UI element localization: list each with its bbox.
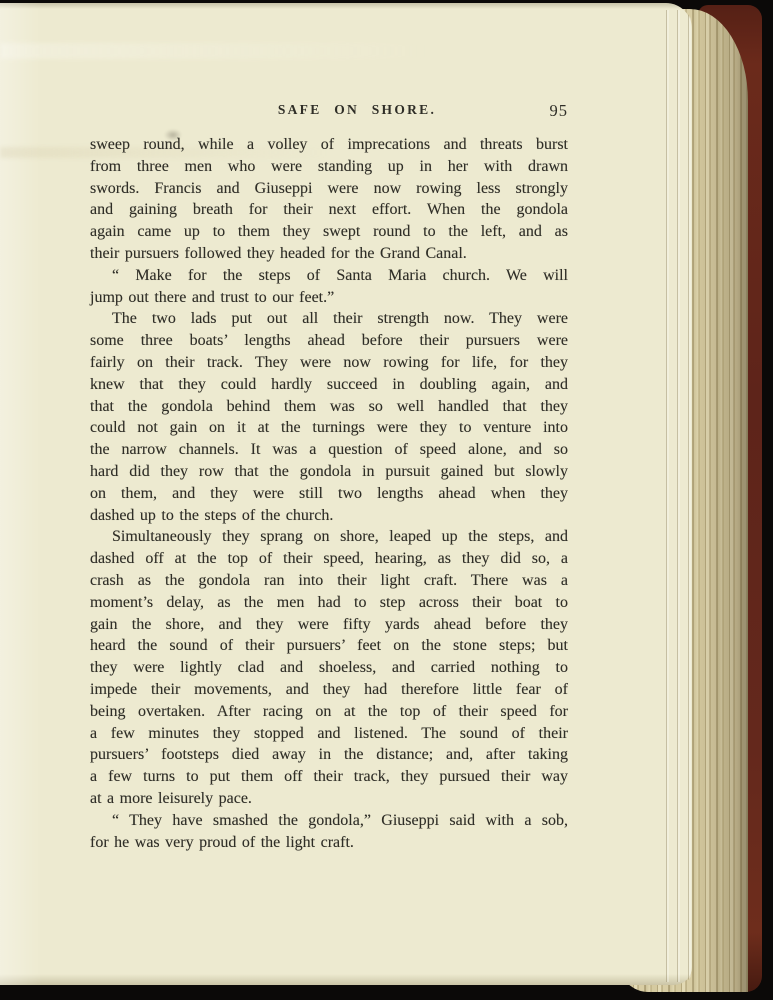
text-line: could not gain on it at the turnings wer… [90,417,568,439]
text-line: “ Make for the steps of Santa Maria chur… [90,265,568,287]
text-line: fairly on their track. They were now row… [90,352,568,374]
text-line: pursuers’ footsteps died away in the dis… [90,744,568,766]
text-line: moment’s delay, as the men had to step a… [90,592,568,614]
text-line: some three boats’ lengths ahead before t… [90,330,568,352]
text-block: sweep round, while a volley of imprecati… [90,134,568,853]
text-column: SAFE ON SHORE. 95 sweep round, while a v… [90,101,568,853]
running-head: SAFE ON SHORE. 95 [90,101,568,119]
text-line: gain the shore, and they were fifty yard… [90,614,568,636]
text-line: a few minutes they stopped and listened.… [90,723,568,745]
text-line: a few turns to put them off their track,… [90,766,568,788]
text-line: on them, and they were still two lengths… [90,483,568,505]
paragraph: “ They have smashed the gondola,” Giusep… [90,810,568,854]
text-line: heard the sound of their pursuers’ feet … [90,635,568,657]
text-line: sweep round, while a volley of imprecati… [90,134,568,156]
scan-streak [0,43,430,59]
page-header-title: SAFE ON SHORE. [278,102,436,118]
text-line: the narrow channels. It was a question o… [90,439,568,461]
text-line: they were lightly clad and shoeless, and… [90,657,568,679]
text-line: dashed off at the top of their speed, he… [90,548,568,570]
text-line: their pursuers followed they headed for … [90,243,568,265]
page-number: 95 [550,101,569,121]
text-line: knew that they could hardly succeed in d… [90,374,568,396]
text-line: “ They have smashed the gondola,” Giusep… [90,810,568,832]
text-line: and gaining breath for their next effort… [90,199,568,221]
text-line: swords. Francis and Giuseppi were now ro… [90,178,568,200]
paragraph: “ Make for the steps of Santa Maria chur… [90,265,568,309]
text-line: The two lads put out all their strength … [90,308,568,330]
paragraph: Simultaneously they sprang on shore, lea… [90,526,568,809]
text-line: being overtaken. After racing on at the … [90,701,568,723]
text-line: impede their movements, and they had the… [90,679,568,701]
text-line: Simultaneously they sprang on shore, lea… [90,526,568,548]
text-line: jump out there and trust to our feet.” [90,287,568,309]
text-line: hard did they row that the gondola in pu… [90,461,568,483]
text-line: crash as the gondola ran into their ligh… [90,570,568,592]
text-line: at a more leisurely pace. [90,788,568,810]
paragraph: The two lads put out all their strength … [90,308,568,526]
page-curl-lines [662,10,692,982]
paragraph: sweep round, while a volley of imprecati… [90,134,568,265]
text-line: dashed up to the steps of the church. [90,505,568,527]
text-line: that the gondola behind them was so well… [90,396,568,418]
text-line: for he was very proud of the light craft… [90,832,568,854]
text-line: from three men who were standing up in h… [90,156,568,178]
text-line: again came up to them they swept round t… [90,221,568,243]
book-scan: SAFE ON SHORE. 95 sweep round, while a v… [0,0,773,1000]
